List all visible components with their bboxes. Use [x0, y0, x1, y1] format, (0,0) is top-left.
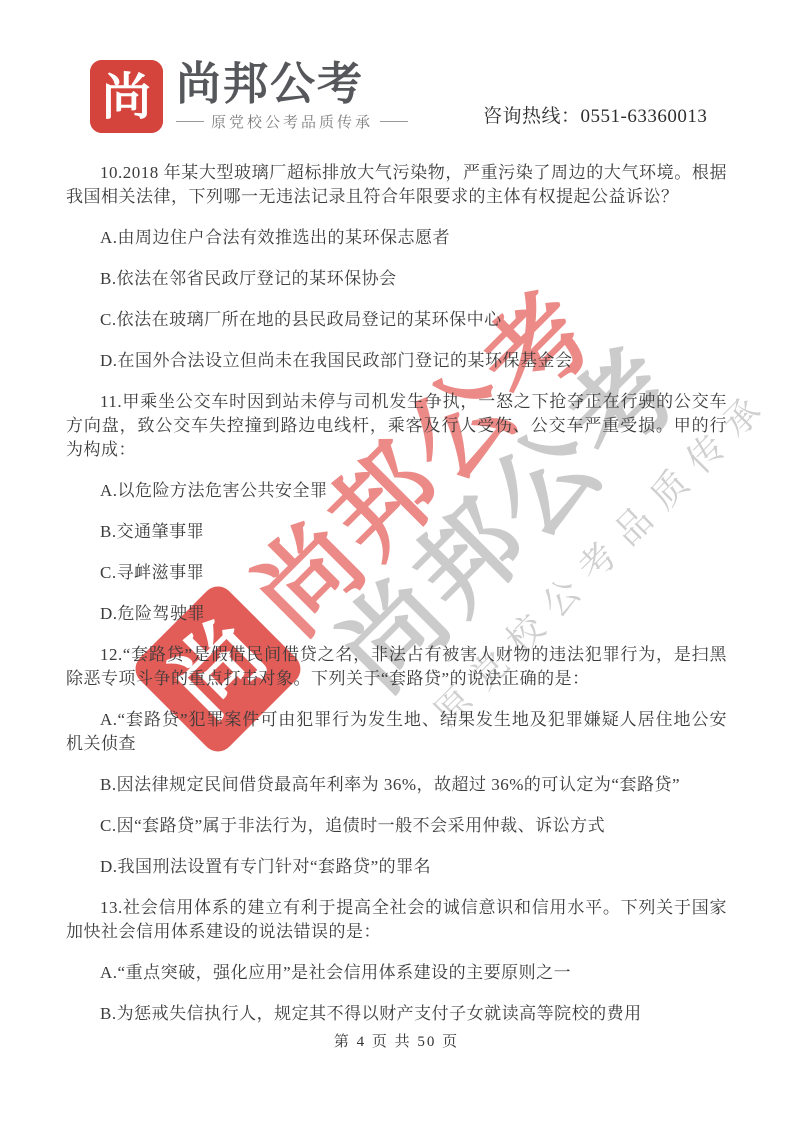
- page-header: 尚 尚邦公考 原党校公考品质传承 咨询热线：0551-63360013: [0, 0, 793, 150]
- option-line: D.我国刑法设置有专门针对“套路贷”的罪名: [66, 855, 727, 879]
- brand-text-block: 尚邦公考 原党校公考品质传承: [176, 60, 408, 132]
- question-block: 10.2018 年某大型玻璃厂超标排放大气污染物，严重污染了周边的大气环境。根据…: [66, 161, 727, 373]
- question-stem: 12.“套路贷”是假借民间借贷之名，非法占有被害人财物的违法犯罪行为，是扫黑除恶…: [66, 643, 727, 691]
- question-stem: 13.社会信用体系的建立有利于提高全社会的诚信意识和信用水平。下列关于国家加快社…: [66, 896, 727, 944]
- question-list: 10.2018 年某大型玻璃厂超标排放大气污染物，严重污染了周边的大气环境。根据…: [66, 161, 727, 1043]
- hotline-text: 咨询热线：0551-63360013: [483, 101, 707, 128]
- question-stem: 11.甲乘坐公交车时因到站未停与司机发生争执，一怒之下抢夺正在行驶的公交车方向盘…: [66, 390, 727, 462]
- option-line: A.“套路贷”犯罪案件可由犯罪行为发生地、结果发生地及犯罪嫌疑人居住地公安机关侦…: [66, 708, 727, 756]
- question-block: 11.甲乘坐公交车时因到站未停与司机发生争执，一怒之下抢夺正在行驶的公交车方向盘…: [66, 390, 727, 626]
- question-block: 13.社会信用体系的建立有利于提高全社会的诚信意识和信用水平。下列关于国家加快社…: [66, 896, 727, 1026]
- seal-character: 尚: [102, 72, 152, 122]
- option-line: D.危险驾驶罪: [66, 602, 727, 626]
- option-line: B.为惩戒失信执行人，规定其不得以财产支付子女就读高等院校的费用: [66, 1002, 727, 1026]
- option-line: A.由周边住户合法有效推选出的某环保志愿者: [66, 226, 727, 250]
- option-line: B.依法在邻省民政厅登记的某环保协会: [66, 267, 727, 291]
- option-line: C.因“套路贷”属于非法行为，追债时一般不会采用仲裁、诉讼方式: [66, 814, 727, 838]
- tagline-left-rule: [176, 121, 204, 122]
- brand-tagline-row: 原党校公考品质传承: [176, 111, 408, 132]
- brand-logo: 尚 尚邦公考 原党校公考品质传承: [90, 60, 408, 133]
- option-line: B.交通肇事罪: [66, 520, 727, 544]
- question-stem: 10.2018 年某大型玻璃厂超标排放大气污染物，严重污染了周边的大气环境。根据…: [66, 161, 727, 209]
- brand-seal-icon: 尚: [90, 60, 163, 133]
- page-number: 第 4 页 共 50 页: [334, 1034, 459, 1050]
- question-block: 12.“套路贷”是假借民间借贷之名，非法占有被害人财物的违法犯罪行为，是扫黑除恶…: [66, 643, 727, 879]
- brand-name: 尚邦公考: [176, 60, 408, 107]
- page-footer: 第 4 页 共 50 页: [0, 1030, 793, 1051]
- option-line: B.因法律规定民间借贷最高年利率为 36%，故超过 36%的可认定为“套路贷”: [66, 773, 727, 797]
- brand-tagline: 原党校公考品质传承: [211, 111, 373, 132]
- tagline-right-rule: [380, 121, 408, 122]
- option-line: C.依法在玻璃厂所在地的县民政局登记的某环保中心: [66, 308, 727, 332]
- option-line: C.寻衅滋事罪: [66, 561, 727, 585]
- option-line: A.“重点突破，强化应用”是社会信用体系建设的主要原则之一: [66, 961, 727, 985]
- option-line: A.以危险方法危害公共安全罪: [66, 479, 727, 503]
- option-line: D.在国外合法设立但尚未在我国民政部门登记的某环保基金会: [66, 349, 727, 373]
